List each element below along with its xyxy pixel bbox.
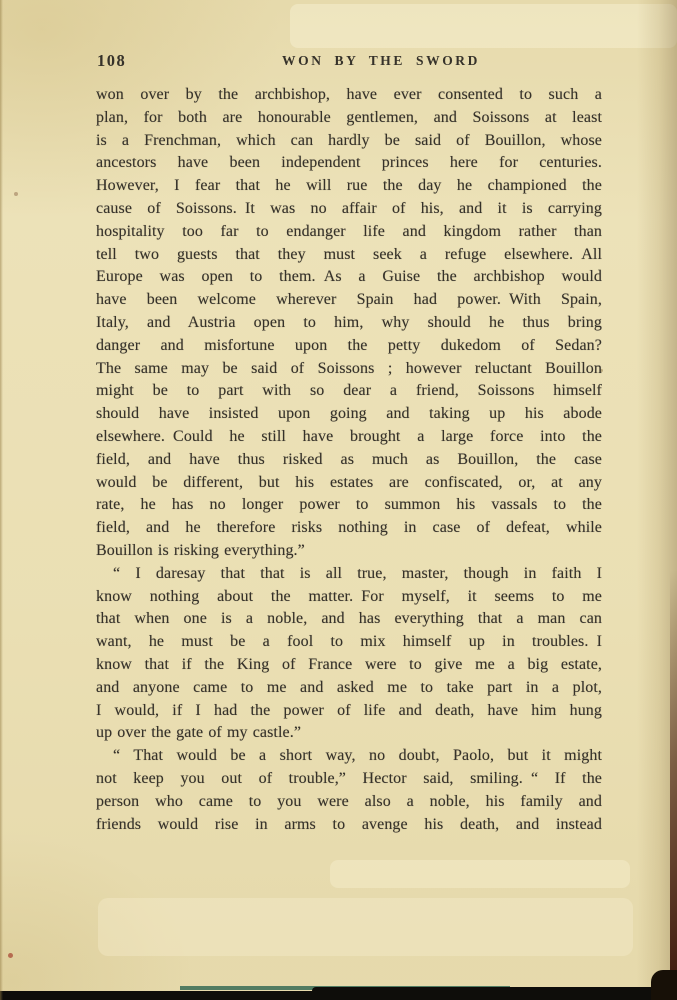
text-line: rate, he has no longer power to summon h… bbox=[96, 494, 602, 517]
text-line: However, I fear that he will rue the day… bbox=[96, 175, 602, 198]
text-line: “ I daresay that that is all true, maste… bbox=[96, 563, 602, 586]
page-curve-shadow bbox=[637, 0, 677, 1000]
text-line: should have insisted upon going and taki… bbox=[96, 403, 602, 426]
scan-edge-right bbox=[670, 570, 677, 1000]
book-page-scan: 108 WON BY THE SWORD won over by the arc… bbox=[0, 0, 677, 1000]
paper-light-streak bbox=[330, 860, 630, 888]
text-line: field, and he therefore risks nothing in… bbox=[96, 517, 602, 540]
paragraph: “ That would be a short way, no doubt, P… bbox=[96, 745, 602, 836]
text-line: field, and have thus risked as much as B… bbox=[96, 449, 602, 472]
text-line: ancestors have been independent princes … bbox=[96, 152, 602, 175]
page-edge-left bbox=[0, 0, 3, 1000]
paper-speck bbox=[14, 192, 18, 196]
text-line: danger and misfortune upon the petty duk… bbox=[96, 335, 602, 358]
text-line: tell two guests that they must seek a re… bbox=[96, 244, 602, 267]
page-header: 108 WON BY THE SWORD bbox=[96, 51, 602, 73]
paper-speck bbox=[8, 953, 13, 958]
text-line: that when one is a noble, and has everyt… bbox=[96, 608, 602, 631]
text-line: is a Frenchman, which can hardly be said… bbox=[96, 130, 602, 153]
text-line: up over the gate of my castle.” bbox=[96, 722, 602, 745]
paper-light-streak bbox=[290, 4, 677, 48]
text-line: would be different, but his estates are … bbox=[96, 472, 602, 495]
text-line: Italy, and Austria open to him, why shou… bbox=[96, 312, 602, 335]
text-line: person who came to you were also a noble… bbox=[96, 791, 602, 814]
body-text: won over by the archbishop, have ever co… bbox=[96, 84, 602, 836]
text-line: have been welcome wherever Spain had pow… bbox=[96, 289, 602, 312]
scan-edge-bottom-dark bbox=[312, 987, 677, 1000]
text-line: not keep you out of trouble,” Hector sai… bbox=[96, 768, 602, 791]
text-line: “ That would be a short way, no doubt, P… bbox=[96, 745, 602, 768]
paper-light-streak bbox=[98, 898, 633, 956]
page-number: 108 bbox=[97, 51, 126, 71]
text-line: know that if the King of France were to … bbox=[96, 654, 602, 677]
text-line: want, he must be a fool to mix himself u… bbox=[96, 631, 602, 654]
text-line: won over by the archbishop, have ever co… bbox=[96, 84, 602, 107]
scan-edge-bottom bbox=[0, 991, 677, 1000]
text-line: hospitality too far to endanger life and… bbox=[96, 221, 602, 244]
text-line: Europe was open to them. As a Guise the … bbox=[96, 266, 602, 289]
text-line: and anyone came to me and asked me to ta… bbox=[96, 677, 602, 700]
paragraph: won over by the archbishop, have ever co… bbox=[96, 84, 602, 563]
book-cover-edge-green bbox=[180, 986, 510, 990]
text-line: friends would rise in arms to avenge his… bbox=[96, 814, 602, 837]
running-title: WON BY THE SWORD bbox=[282, 53, 480, 69]
paragraph: “ I daresay that that is all true, maste… bbox=[96, 563, 602, 745]
text-line: might be to part with so dear a friend, … bbox=[96, 380, 602, 403]
text-line: cause of Soissons. It was no affair of h… bbox=[96, 198, 602, 221]
text-line: know nothing about the matter. For mysel… bbox=[96, 586, 602, 609]
text-line: plan, for both are honourable gentlemen,… bbox=[96, 107, 602, 130]
scan-edge-corner bbox=[651, 970, 677, 1000]
text-line: Bouillon is risking everything.” bbox=[96, 540, 602, 563]
text-line: The same may be said of Soissons ; howev… bbox=[96, 358, 602, 381]
text-line: elsewhere. Could he still have brought a… bbox=[96, 426, 602, 449]
text-line: I would, if I had the power of life and … bbox=[96, 700, 602, 723]
